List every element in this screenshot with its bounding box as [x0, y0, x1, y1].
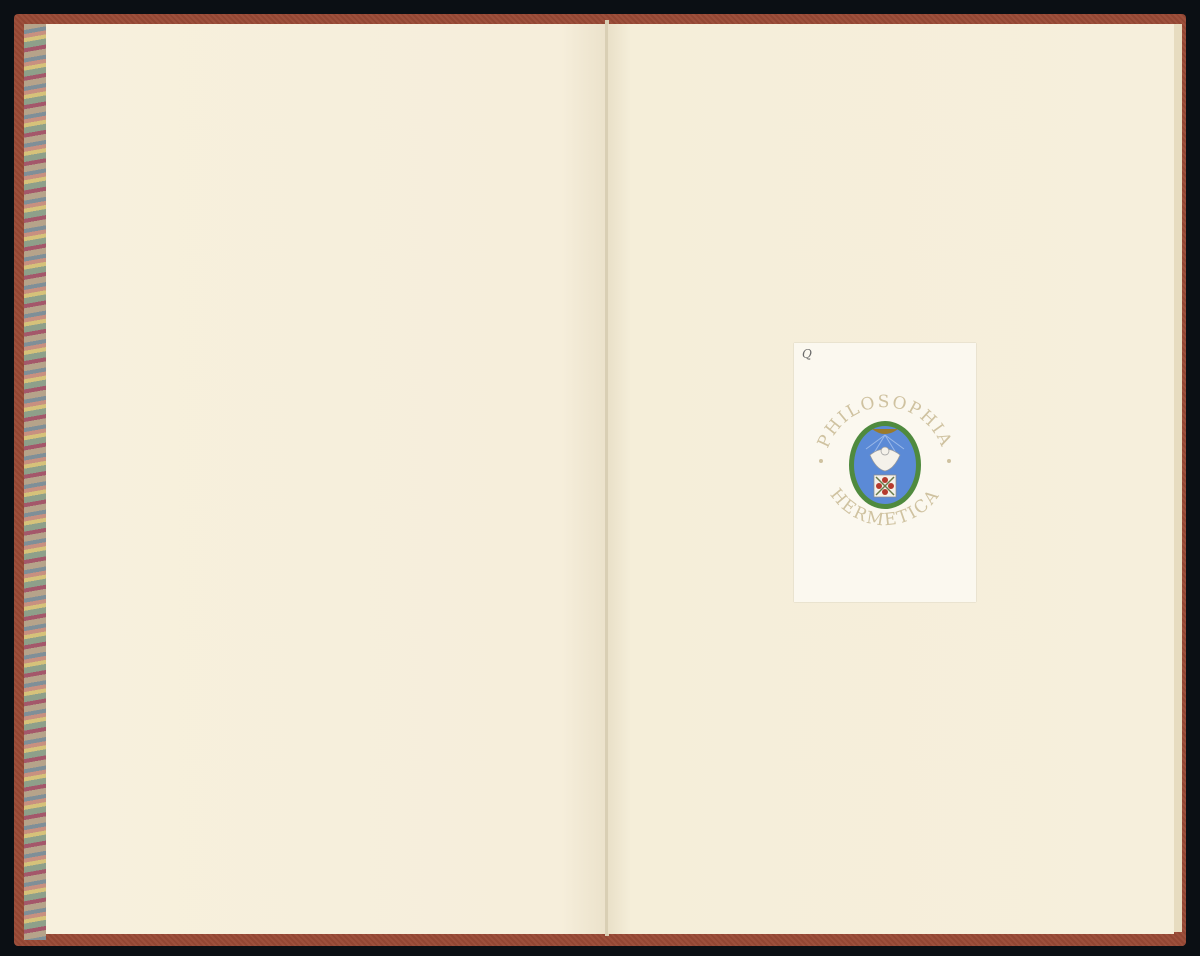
left-page: [46, 24, 606, 934]
marbled-endpaper-edge: [24, 24, 46, 940]
hermetic-emblem-icon: PHILOSOPHIA HERMETICA: [794, 343, 976, 602]
page-edge: [1174, 24, 1182, 932]
bookplate: Q PHILOSOPHIA HERMETICA: [794, 343, 976, 602]
